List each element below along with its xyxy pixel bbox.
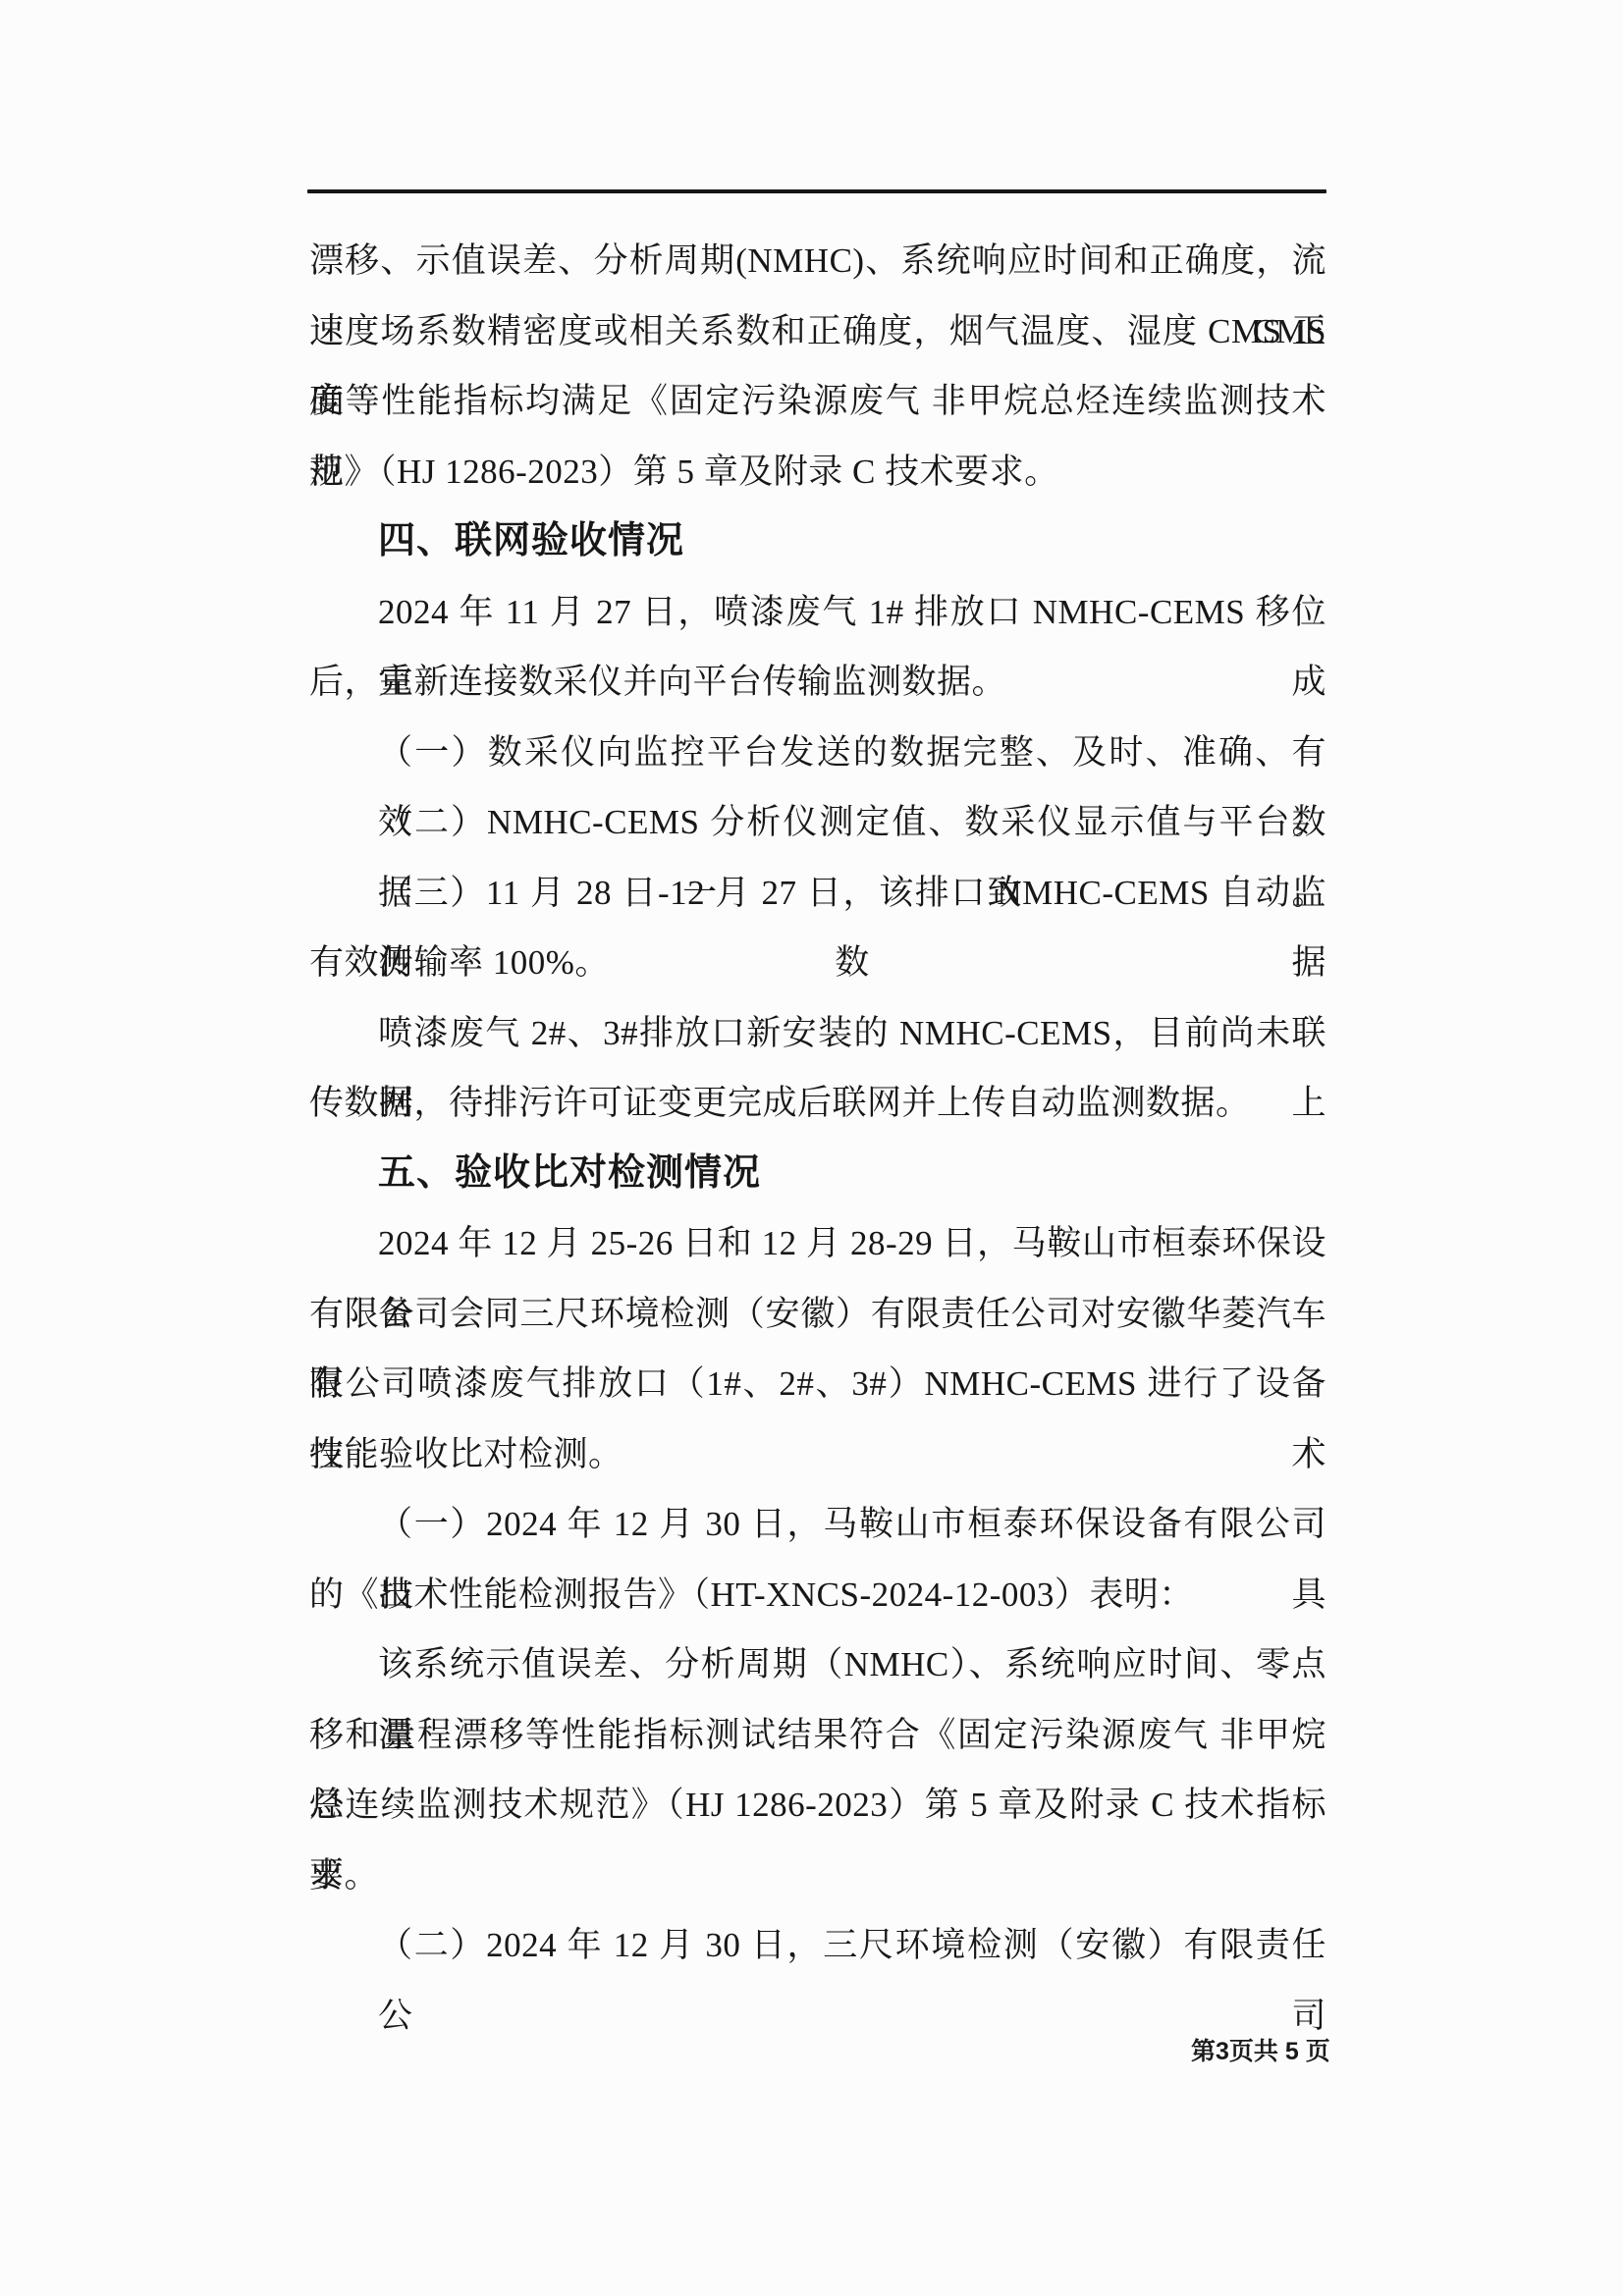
page-number: 第3页共 5 页 bbox=[1191, 2032, 1328, 2067]
section-heading: 五、验收比对检测情况 bbox=[309, 1139, 1326, 1209]
text-line: 喷漆废气 2#、3#排放口新安装的 NMHC-CEMS，目前尚未联网上 bbox=[309, 998, 1326, 1069]
text-line: 限公司喷漆废气排放口（1#、2#、3#）NMHC-CEMS 进行了设备技术 bbox=[309, 1349, 1326, 1419]
text-line: （一）2024 年 12 月 30 日，马鞍山市桓泰环保设备有限公司出具 bbox=[309, 1489, 1326, 1560]
text-line: 漂移、示值误差、分析周期(NMHC)、系统响应时间和正确度，流速 CMS bbox=[309, 226, 1326, 296]
text-line: 速度场系数精密度或相关系数和正确度，烟气温度、湿度 CMS 正确 bbox=[309, 296, 1326, 367]
header-divider-line bbox=[307, 189, 1326, 193]
text-line: 2024 年 12 月 25-26 日和 12 月 28-29 日，马鞍山市桓泰… bbox=[309, 1208, 1326, 1279]
text-line: 有限公司会同三尺环境检测（安徽）有限责任公司对安徽华菱汽车有 bbox=[309, 1279, 1326, 1350]
text-line: 范》（HJ 1286-2023）第 5 章及附录 C 技术要求。 bbox=[309, 437, 1326, 507]
document-page: 漂移、示值误差、分析周期(NMHC)、系统响应时间和正确度，流速 CMS速度场系… bbox=[0, 0, 1623, 2296]
text-line: 度等性能指标均满足《固定污染源废气 非甲烷总烃连续监测技术规 bbox=[309, 366, 1326, 437]
text-line: （二）2024 年 12 月 30 日，三尺环境检测（安徽）有限责任公司 bbox=[309, 1910, 1326, 1981]
text-line: 移和量程漂移等性能指标测试结果符合《固定污染源废气 非甲烷总 bbox=[309, 1700, 1326, 1771]
text-line: 2024 年 11 月 27 日，喷漆废气 1# 排放口 NMHC-CEMS 移… bbox=[309, 577, 1326, 648]
document-body: 漂移、示值误差、分析周期(NMHC)、系统响应时间和正确度，流速 CMS速度场系… bbox=[309, 226, 1326, 1981]
text-line: （二）NMHC-CEMS 分析仪测定值、数采仪显示值与平台数据一致。 bbox=[309, 787, 1326, 858]
text-line: 的《技术性能检测报告》（HT-XNCS-2024-12-003）表明： bbox=[309, 1560, 1326, 1630]
text-line: （一）数采仪向监控平台发送的数据完整、及时、准确、有效。 bbox=[309, 718, 1326, 788]
text-line: 该系统示值误差、分析周期（NMHC）、系统响应时间、零点漂 bbox=[309, 1629, 1326, 1700]
text-line: （三）11 月 28 日-12 月 27 日，该排口 NMHC-CEMS 自动监… bbox=[309, 858, 1326, 929]
section-heading: 四、联网验收情况 bbox=[309, 507, 1326, 577]
text-line: 传数据，待排污许可证变更完成后联网并上传自动监测数据。 bbox=[309, 1068, 1326, 1139]
text-line: 烃连续监测技术规范》（HJ 1286-2023）第 5 章及附录 C 技术指标要 bbox=[309, 1770, 1326, 1841]
text-line: 求。 bbox=[309, 1841, 1326, 1911]
